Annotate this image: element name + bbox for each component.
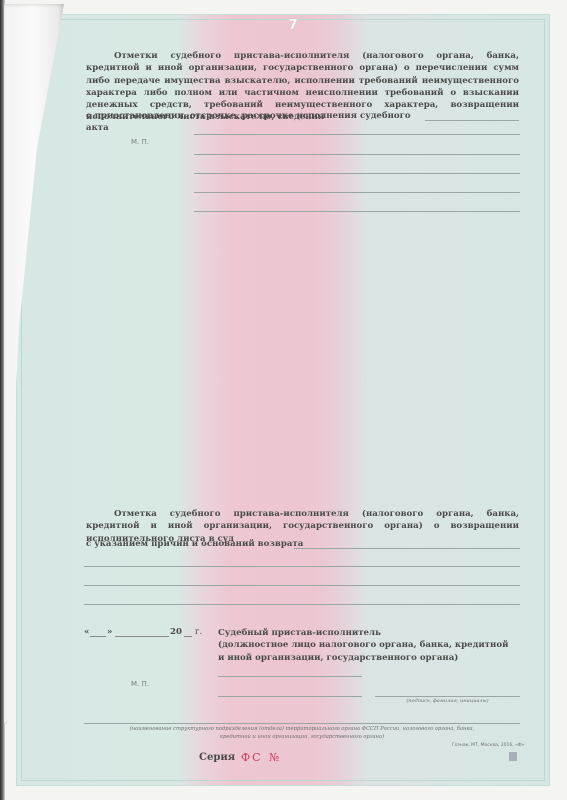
fill-line-section2-0[interactable] (294, 548, 520, 549)
fill-line-section1-0[interactable] (425, 120, 519, 121)
fill-line-section1-4[interactable] (194, 192, 520, 193)
officer-title-line1: Судебный пристав-исполнитель (218, 627, 528, 639)
day-line[interactable] (90, 636, 106, 637)
fill-line-section1-2[interactable] (194, 154, 520, 155)
form-content: Отметки судебного пристава-исполнителя (… (0, 0, 567, 800)
month-line[interactable] (115, 636, 169, 637)
section1-last-line: о приостановлении, отсрочке, рассрочке и… (86, 110, 426, 135)
stamp-label-1: М. П. (131, 138, 149, 146)
gray-square-mark (509, 752, 517, 761)
org-caption-line2: кредитной и иной организации, государств… (84, 733, 520, 741)
officer-position-line[interactable] (218, 676, 362, 677)
org-caption: (наименование структурного подразделения… (84, 725, 520, 741)
officer-title-line2: (должностное лицо налогового органа, бан… (218, 639, 528, 651)
name-initials-line[interactable] (375, 696, 520, 697)
date-open-quote: « (84, 627, 89, 637)
officer-title-line3: и иной организации, государственного орг… (218, 652, 528, 664)
signature-caption: (подпись, фамилия, инициалы) (375, 698, 520, 704)
year-prefix: 20 (170, 627, 182, 637)
fill-line-section1-1[interactable] (194, 134, 520, 135)
fill-line-section1-3[interactable] (194, 173, 520, 174)
date-close-quote: » (107, 627, 112, 637)
year-suffix: г. (195, 627, 202, 637)
fill-line-section2-3[interactable] (84, 604, 520, 605)
fill-line-section2-1[interactable] (84, 566, 520, 567)
printer-info: Гознак, МТ, Москва, 2016, «Ф» (452, 743, 524, 748)
number-label: № (269, 751, 279, 764)
date-field[interactable]: « » 20 г. (84, 627, 234, 641)
series-value: ФС (241, 751, 263, 764)
fill-line-section1-5[interactable] (194, 211, 520, 212)
series-label: Серия (199, 752, 235, 763)
org-name-line[interactable] (84, 723, 520, 724)
year-line[interactable] (184, 636, 192, 637)
signature-line[interactable] (218, 696, 362, 697)
officer-title: Судебный пристав-исполнитель (должностно… (218, 627, 528, 664)
section2-last-line: с указанием причин и оснований возврата (86, 538, 306, 550)
org-caption-line1: (наименование структурного подразделения… (84, 725, 520, 733)
fill-line-section2-2[interactable] (84, 585, 520, 586)
stamp-label-2: М. П. (131, 680, 149, 688)
